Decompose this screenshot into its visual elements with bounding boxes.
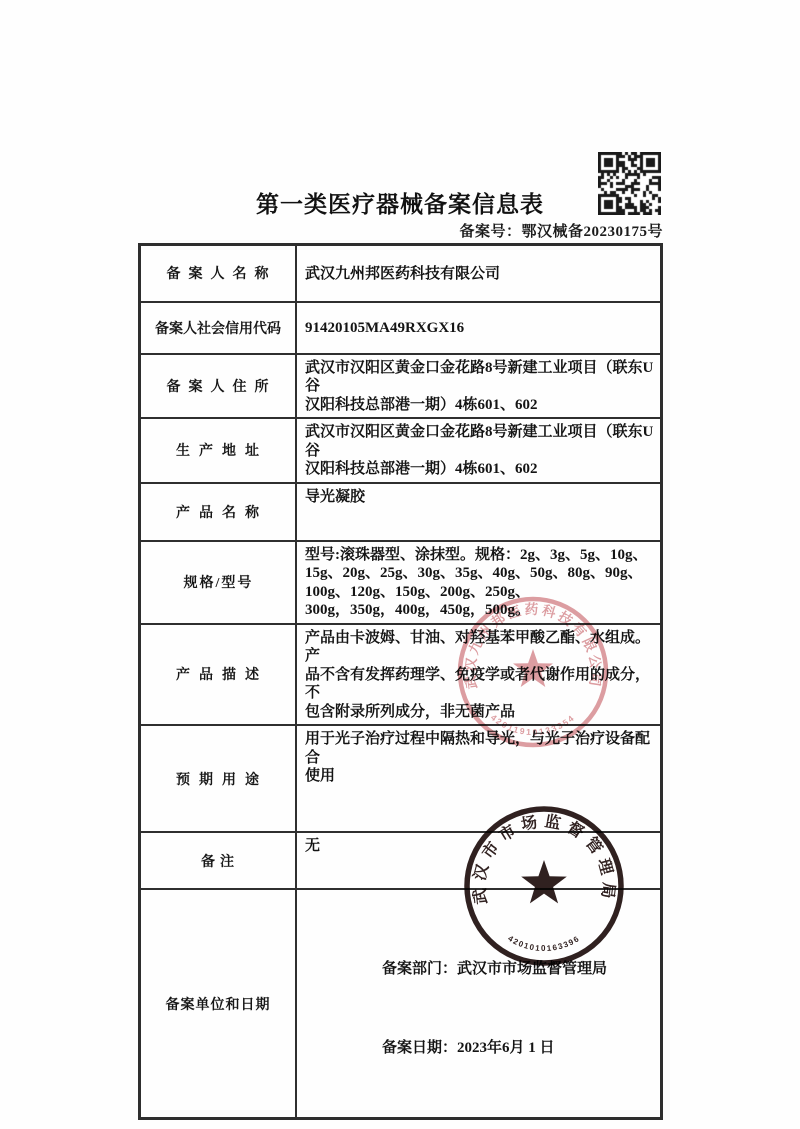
table-row: 备注 无 xyxy=(140,832,662,889)
table-row: 备案人名称 武汉九州邦医药科技有限公司 xyxy=(140,245,662,302)
registration-number: 备案号：鄂汉械备20230175号 xyxy=(459,220,663,241)
filing-date-value: 2023年6月 1 日 xyxy=(457,1040,555,1056)
page-title: 第一类医疗器械备案信息表 xyxy=(0,186,800,219)
row-label: 生产地址 xyxy=(140,418,297,483)
row-value: 无 xyxy=(296,832,662,889)
row-value: 武汉九州邦医药科技有限公司 xyxy=(296,245,662,302)
document-page: 第一类医疗器械备案信息表 备案号：鄂汉械备20230175号 备案人名称 武汉九… xyxy=(0,0,800,1129)
row-label: 预期用途 xyxy=(140,725,297,832)
filing-date-line: 备案日期：2023年6月 1 日 xyxy=(382,1039,656,1058)
table-row: 生产地址 武汉市汉阳区黄金口金花路8号新建工业项目（联东U谷 汉阳科技总部港一期… xyxy=(140,418,662,483)
table-row: 备案人住所 武汉市汉阳区黄金口金花路8号新建工业项目（联东U谷 汉阳科技总部港一… xyxy=(140,354,662,419)
table-row: 产品名称 导光凝胶 xyxy=(140,483,662,541)
filing-department-label: 备案部门： xyxy=(382,961,457,977)
filing-date-label: 备案日期： xyxy=(382,1040,457,1056)
table-row-footer: 备案单位和日期 备案部门：武汉市市场监督管理局 备案日期：2023年6月 1 日 xyxy=(140,889,662,1119)
row-value: 产品由卡波姆、甘油、对羟基苯甲酸乙酯、水组成。产 品不含有发挥药理学、免疫学或者… xyxy=(296,624,662,726)
row-label: 备案单位和日期 xyxy=(140,889,297,1119)
table-row: 规格/型号 型号:滚珠器型、涂抹型。规格：2g、3g、5g、10g、 15g、2… xyxy=(140,541,662,624)
row-label: 产品名称 xyxy=(140,483,297,541)
registration-table: 备案人名称 武汉九州邦医药科技有限公司 备案人社会信用代码 91420105MA… xyxy=(138,243,663,1120)
registration-number-label: 备案号： xyxy=(459,224,521,240)
row-label: 产品描述 xyxy=(140,624,297,726)
filing-department-line: 备案部门：武汉市市场监督管理局 xyxy=(382,960,656,979)
table-row: 产品描述 产品由卡波姆、甘油、对羟基苯甲酸乙酯、水组成。产 品不含有发挥药理学、… xyxy=(140,624,662,726)
row-value: 型号:滚珠器型、涂抹型。规格：2g、3g、5g、10g、 15g、20g、25g… xyxy=(296,541,662,624)
row-value: 导光凝胶 xyxy=(296,483,662,541)
row-value: 91420105MA49RXGX16 xyxy=(296,302,662,354)
table-row: 预期用途 用于光子治疗过程中隔热和导光，与光子治疗设备配合 使用 xyxy=(140,725,662,832)
table-row: 备案人社会信用代码 91420105MA49RXGX16 xyxy=(140,302,662,354)
row-value: 武汉市汉阳区黄金口金花路8号新建工业项目（联东U谷 汉阳科技总部港一期）4栋60… xyxy=(296,418,662,483)
filing-department-value: 武汉市市场监督管理局 xyxy=(457,961,607,977)
row-label: 备案人社会信用代码 xyxy=(140,302,297,354)
row-value: 用于光子治疗过程中隔热和导光，与光子治疗设备配合 使用 xyxy=(296,725,662,832)
row-label: 备注 xyxy=(140,832,297,889)
row-label: 规格/型号 xyxy=(140,541,297,624)
row-label: 备案人住所 xyxy=(140,354,297,419)
registration-number-value: 鄂汉械备20230175号 xyxy=(521,224,663,240)
row-value: 武汉市汉阳区黄金口金花路8号新建工业项目（联东U谷 汉阳科技总部港一期）4栋60… xyxy=(296,354,662,419)
row-label: 备案人名称 xyxy=(140,245,297,302)
row-value-footer: 备案部门：武汉市市场监督管理局 备案日期：2023年6月 1 日 xyxy=(296,889,662,1119)
